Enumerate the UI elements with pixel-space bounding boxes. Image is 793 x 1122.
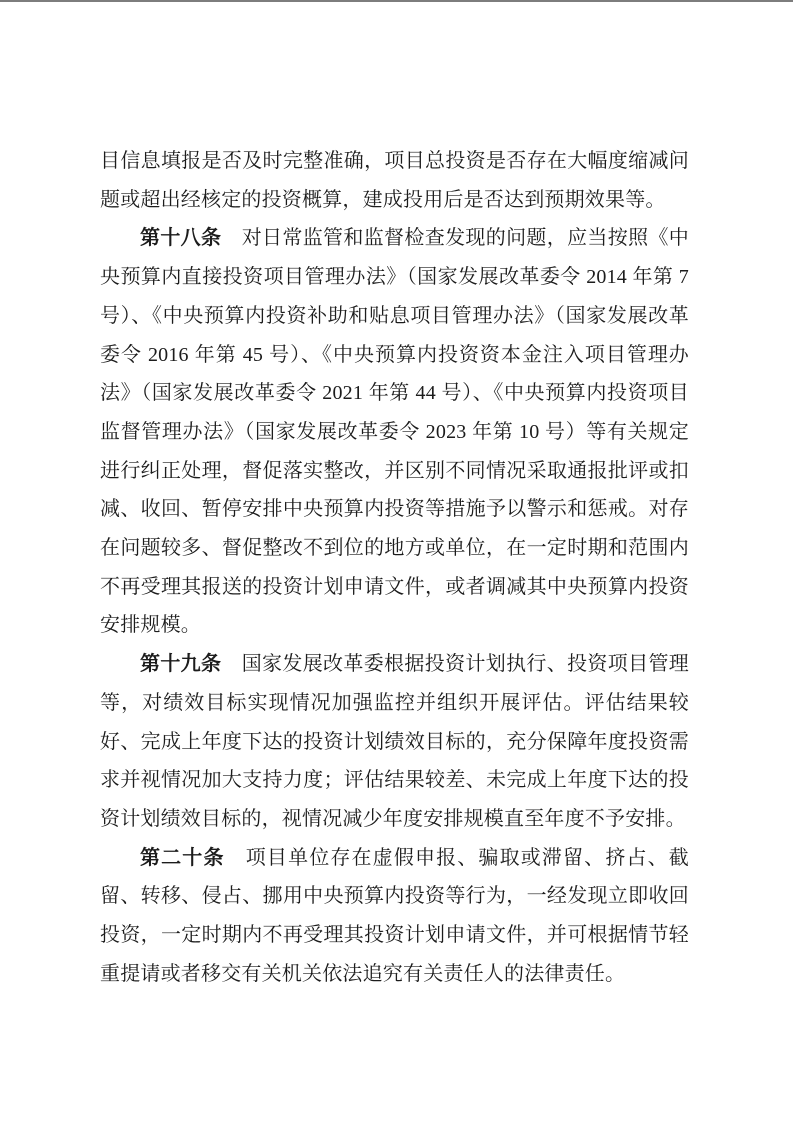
document-body: 目信息填报是否及时完整准确，项目总投资是否存在大幅度缩减问题或超出经核定的投资概…: [100, 142, 689, 993]
paragraph-text: 对日常监管和监督检查发现的问题，应当按照《中央预算内直接投资项目管理办法》（国家…: [100, 227, 689, 636]
paragraph-article-20: 第二十条 项目单位存在虚假申报、骗取或滞留、挤占、截留、转移、侵占、挪用中央预算…: [100, 839, 689, 994]
clause-number: 第二十条: [140, 847, 225, 869]
paragraph-text: 国家发展改革委根据投资计划执行、投资项目管理等，对绩效目标实现情况加强监控并组织…: [100, 653, 689, 830]
document-page: 目信息填报是否及时完整准确，项目总投资是否存在大幅度缩减问题或超出经核定的投资概…: [0, 0, 793, 1122]
clause-number: 第十九条: [140, 653, 221, 675]
paragraph-text: 目信息填报是否及时完整准确，项目总投资是否存在大幅度缩减问题或超出经核定的投资概…: [100, 150, 689, 211]
clause-number: 第十八条: [140, 227, 221, 249]
page-top-edge-line: [0, 0, 793, 2]
paragraph-continuation: 目信息填报是否及时完整准确，项目总投资是否存在大幅度缩减问题或超出经核定的投资概…: [100, 142, 689, 219]
paragraph-article-18: 第十八条 对日常监管和监督检查发现的问题，应当按照《中央预算内直接投资项目管理办…: [100, 219, 689, 645]
paragraph-article-19: 第十九条 国家发展改革委根据投资计划执行、投资项目管理等，对绩效目标实现情况加强…: [100, 645, 689, 839]
